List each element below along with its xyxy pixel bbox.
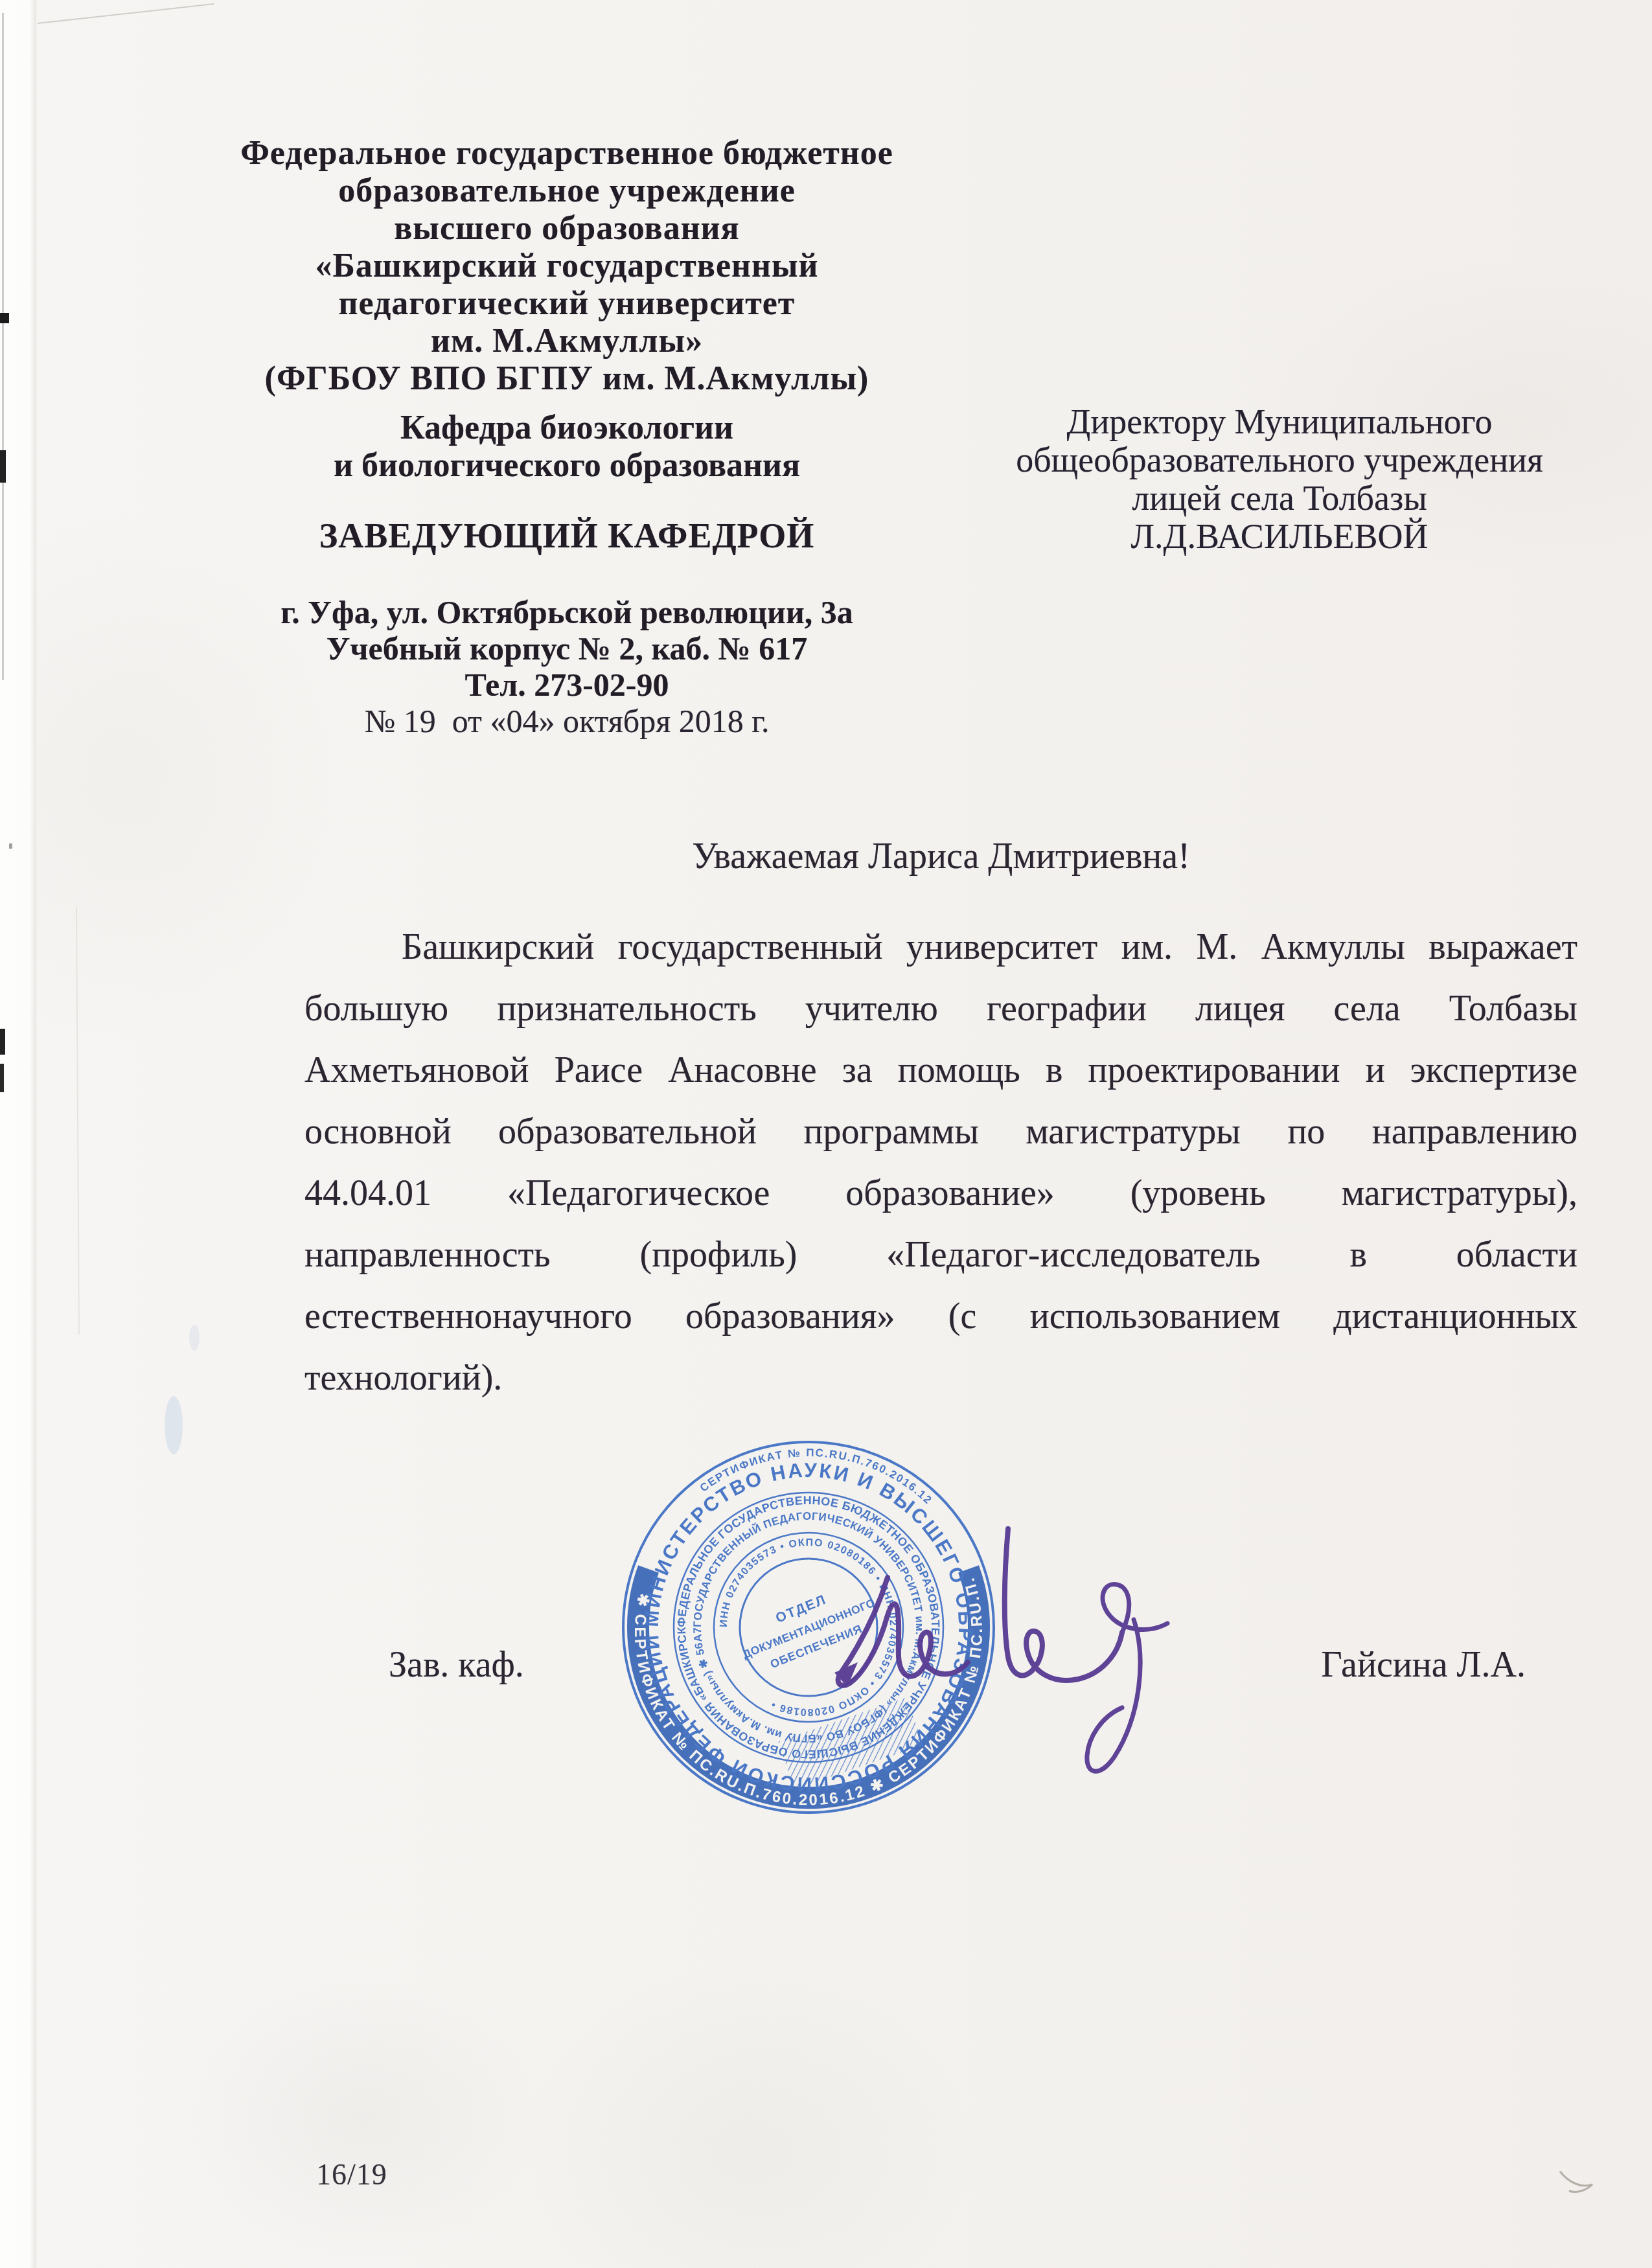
signature-row: Зав. каф. Гайсина Л.А.	[389, 1644, 1526, 1686]
address-line: г. Уфа, ул. Октябрьской революции, 3а	[198, 594, 936, 630]
address-line: Учебный корпус № 2, каб. № 617	[198, 630, 936, 667]
department-block: Кафедра биоэкологии и биологического обр…	[198, 409, 936, 485]
letterhead-line: (ФГБОУ ВПО БГПУ им. М.Акмуллы)	[198, 360, 936, 398]
department-line: и биологического образования	[198, 447, 936, 485]
scanner-edge-strip	[0, 0, 36, 2268]
body-line: большую признательность учителю географи…	[304, 978, 1577, 1040]
page-number: 16/19	[316, 2157, 387, 2192]
paper-top-edge	[38, 4, 214, 23]
addressee-line: общеобразовательного учреждения	[978, 441, 1581, 479]
blue-smudge	[165, 1396, 183, 1454]
blue-smudge	[189, 1325, 200, 1351]
address-line: Тел. 273-02-90	[198, 667, 936, 703]
addressee-line: Л.Д.ВАСИЛЬЕВОЙ	[978, 518, 1581, 556]
addressee-line: лицей села Толбазы	[978, 479, 1581, 518]
scanned-letter-page: Федеральное государственное бюджетное об…	[0, 0, 1652, 2268]
letterhead-line: «Башкирский государственный	[198, 247, 936, 285]
pencil-squiggle	[1560, 2171, 1592, 2192]
body-line: основной образовательной программы магис…	[304, 1101, 1577, 1163]
salutation: Уважаемая Лариса Дмитриевна!	[304, 836, 1577, 877]
letterhead-line: образовательное учреждение	[198, 172, 936, 210]
addressee-line: Директору Муниципального	[978, 403, 1581, 441]
body-line: технологий).	[304, 1347, 1577, 1409]
body-paragraph: Башкирский государственный университет и…	[304, 917, 1577, 1409]
letterhead-line: Федеральное государственное бюджетное	[198, 135, 936, 172]
paper-left-edge-lower	[76, 907, 79, 1334]
letterhead-line: высшего образования	[198, 210, 936, 247]
body-line: 44.04.01 «Педагогическое образование» (у…	[304, 1163, 1577, 1224]
body-line: Ахметьяновой Раисе Анасовне за помощь в …	[304, 1040, 1577, 1101]
letterhead-line: педагогический университет	[198, 285, 936, 323]
letterhead-org-block: Федеральное государственное бюджетное об…	[198, 135, 936, 398]
department-line: Кафедра биоэкологии	[198, 409, 936, 447]
body-line: естественнонаучного образования» (с испо…	[304, 1286, 1577, 1347]
signer-position: Зав. каф.	[389, 1644, 524, 1686]
addressee-block: Директору Муниципального общеобразовател…	[978, 403, 1581, 556]
body-line: направленность (профиль) «Педагог-исслед…	[304, 1224, 1577, 1286]
body-line: Башкирский государственный университет и…	[304, 917, 1577, 978]
ref-number-line: № 19 от «04» октября 2018 г.	[198, 703, 936, 739]
signer-name: Гайсина Л.А.	[1321, 1644, 1526, 1686]
letterhead-line: им. М.Акмуллы»	[198, 323, 936, 360]
position-title: ЗАВЕДУЮЩИЙ КАФЕДРОЙ	[198, 516, 936, 556]
address-block: г. Уфа, ул. Октябрьской революции, 3а Уч…	[198, 594, 936, 739]
